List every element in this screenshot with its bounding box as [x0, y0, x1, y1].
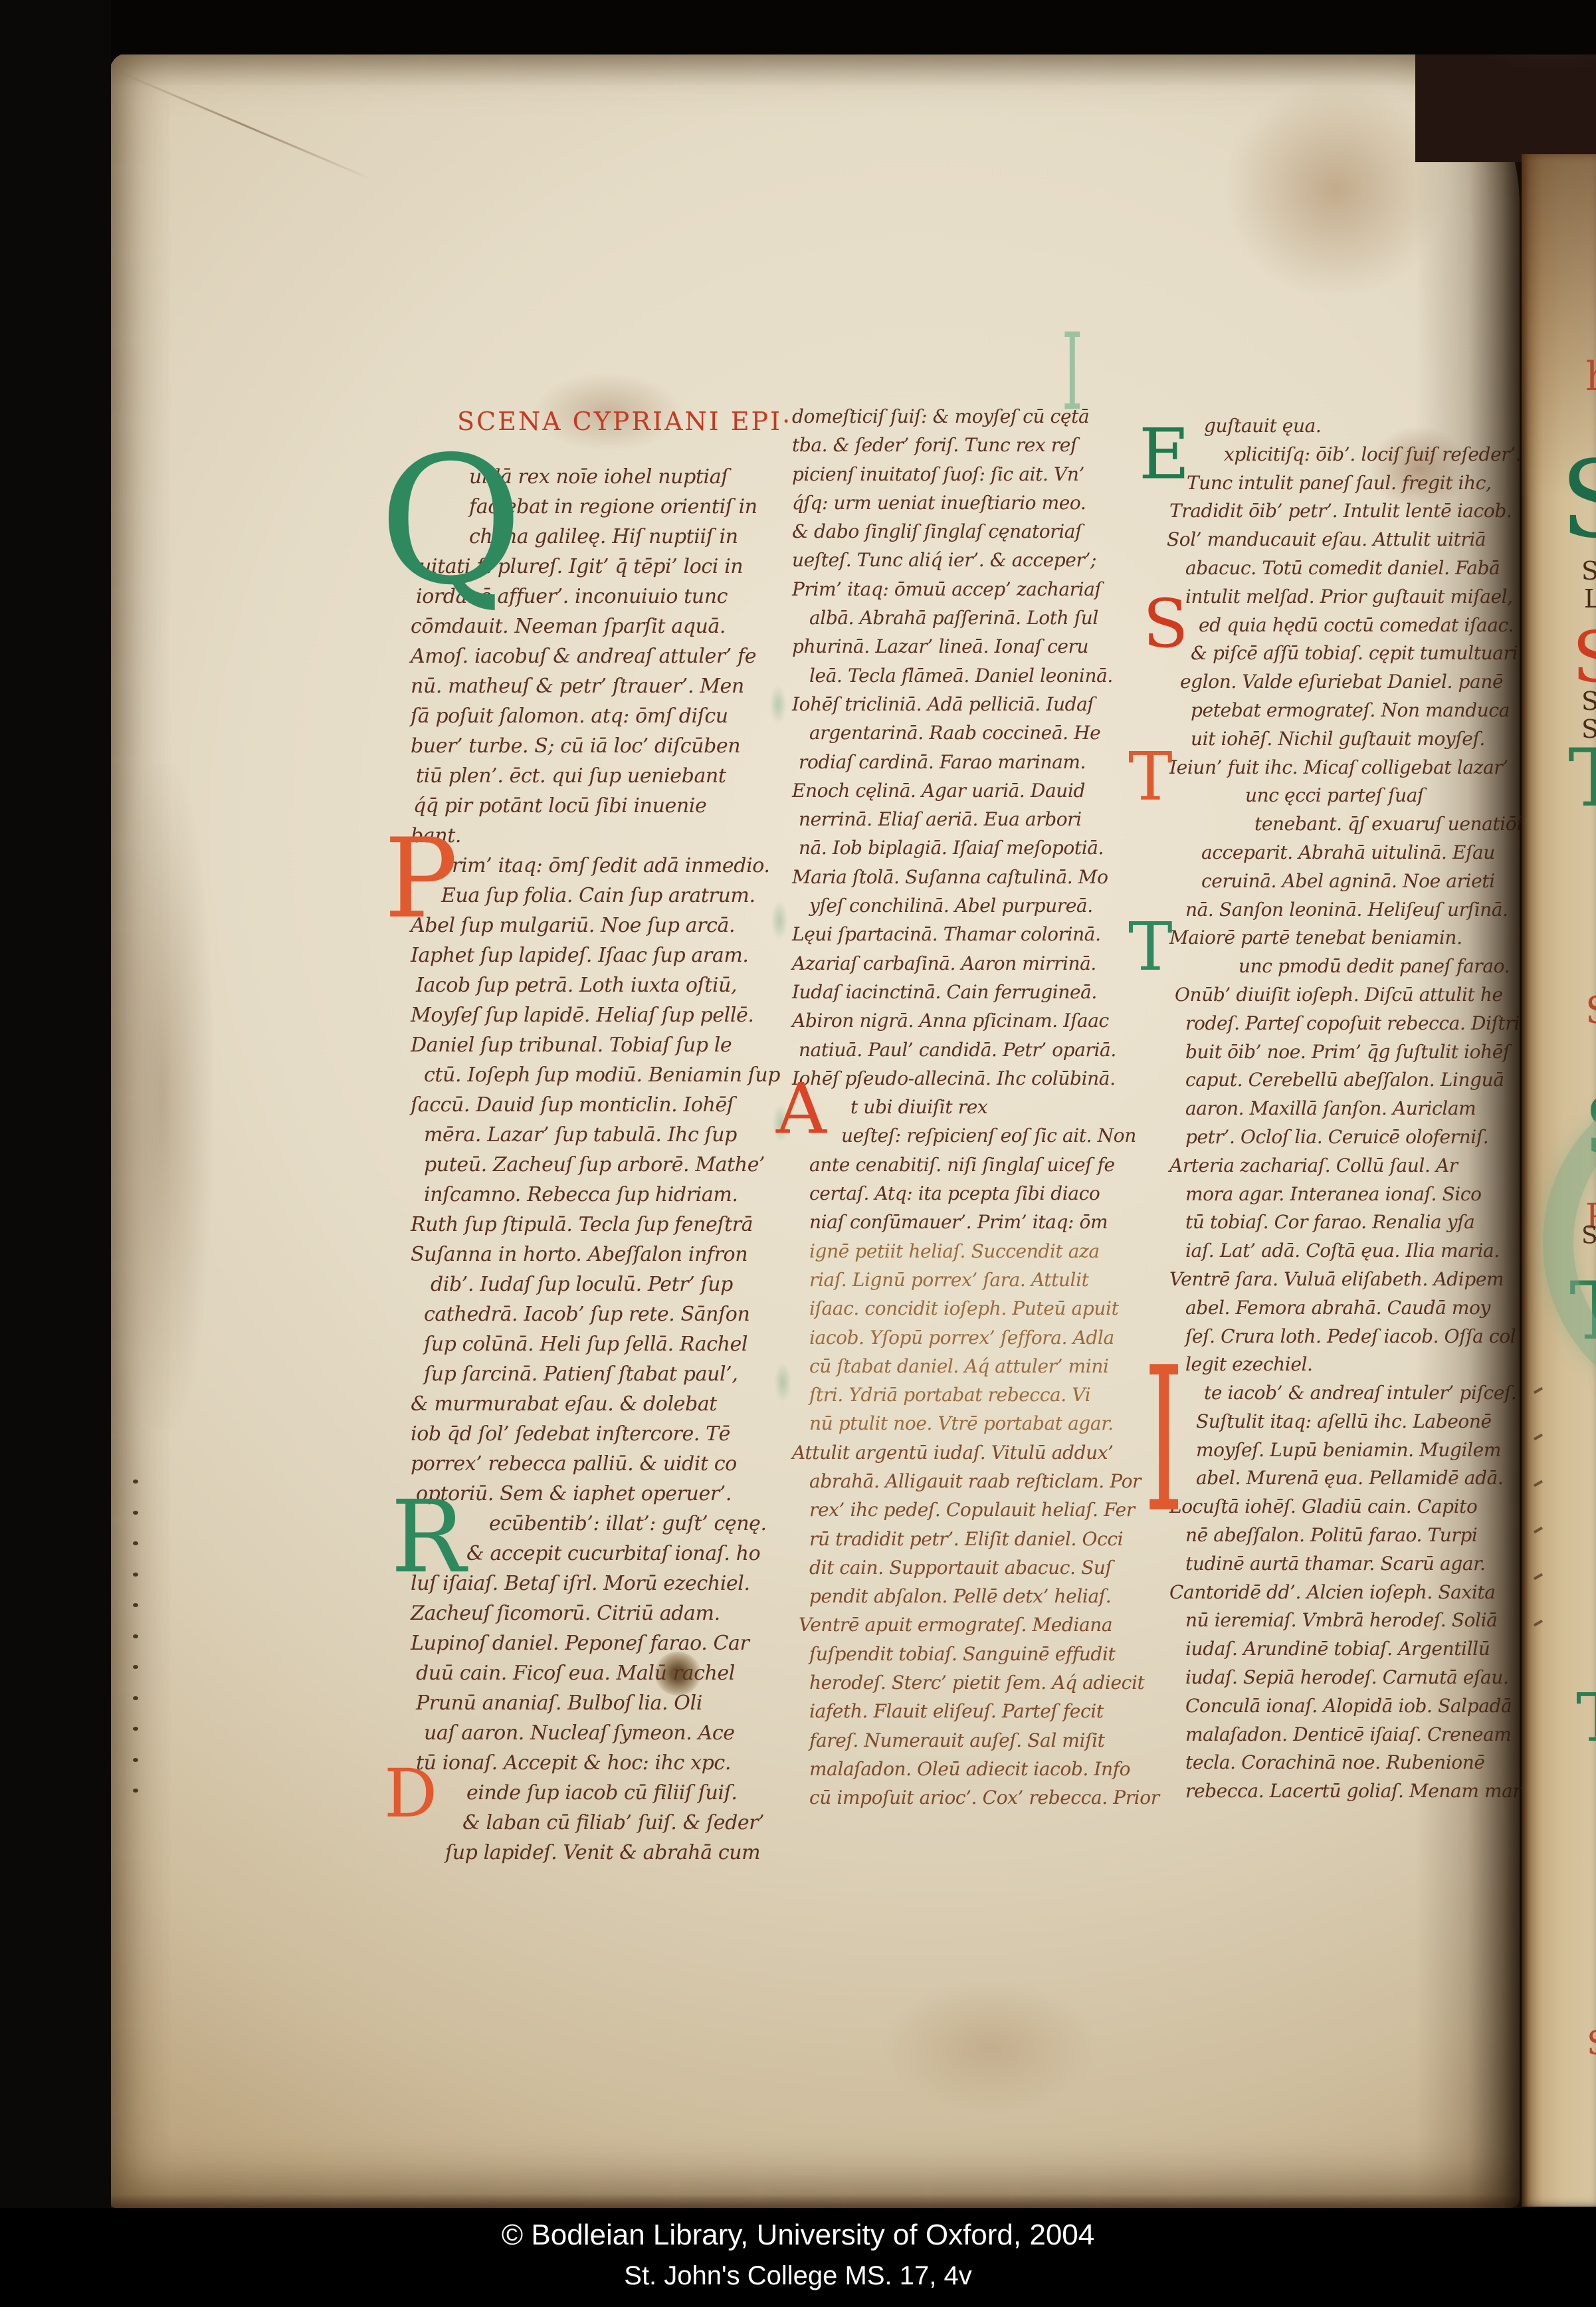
text-line: certaſ. Atq: ita pcepta ſibi diaco	[809, 1179, 1124, 1208]
text-line: ueſteſ: reſpicienſ eoſ ſic ait. Non	[841, 1121, 1124, 1150]
text-line: Iudaſ iacinctinā. Cain ferrugineā.	[792, 978, 1124, 1006]
text-line: Lęui ſpartacinā. Thamar colorinā.	[792, 920, 1124, 948]
text-line: porrex’ rebecca palliū. & uidit co	[411, 1449, 783, 1479]
fore-edge-letter: S	[1581, 560, 1596, 582]
text-line: nū ptulit noe. Vtrē portabat agar.	[809, 1409, 1124, 1438]
text-line: cū ſtabat daniel. Aq́ attuler’ mini	[809, 1352, 1124, 1380]
text-line: Abel ſup mulgariū. Noe ſup arcā.	[411, 911, 783, 940]
fore-edge-letter: L	[1584, 588, 1596, 610]
text-line: rim’ itaq: ōmſ ſedit adā inmedio.	[452, 851, 783, 881]
text-line: Iohēſ pſeudo-allecinā. Ihc colūbinā.	[792, 1064, 1124, 1093]
text-line: leā. Tecla flāmeā. Daniel leoninā.	[809, 661, 1124, 690]
fore-edge-letter: T	[1568, 743, 1596, 815]
text-line: niaſ conſūmauer’. Prim’ itaq: ōm	[809, 1208, 1124, 1236]
text-line: rū tradidit petr’. Eliſit daniel. Occi	[809, 1525, 1124, 1553]
text-line: & accepit cucurbitaſ ionaſ. ho	[466, 1539, 783, 1569]
text-line: ante cenabitiſ. niſi ſinglaſ uiceſ fe	[809, 1151, 1124, 1179]
text-line: malaſadon. Oleū adiecit iacob. Info	[809, 1755, 1124, 1783]
text-line: Lupinoſ daniel. Peponeſ farao. Car	[411, 1628, 783, 1658]
margin-I-palegreen: I	[1062, 323, 1083, 421]
text-line: iſaac. concidit ioſeph. Puteū apuit	[809, 1294, 1124, 1323]
prick-mark	[133, 1634, 138, 1638]
text-line: Iohēſ tricliniā. Adā pelliciā. Iudaſ	[792, 690, 1124, 718]
text-line: fareſ. Numerauit auſeſ. Sal miſit	[809, 1726, 1124, 1755]
text-line: einde ſup iacob cū filiiſ ſuiſ.	[466, 1778, 783, 1808]
column-1: uidā rex noīe iohel nuptiaſfaciebat in r…	[411, 462, 783, 1868]
text-line: Enoch cęlinā. Agar uariā. Dauid	[792, 776, 1124, 805]
text-line: ctū. Ioſeph ſup modiū. Beniamin ſup	[424, 1060, 783, 1090]
text-line: riaſ. Lignū porrex’ ſara. Attulit	[809, 1265, 1124, 1294]
text-line: luſ iſaiaſ. Betaſ iſrl. Morū ezechiel.	[411, 1569, 783, 1598]
text-line: albā. Abrahā paſſerinā. Loth ſul	[809, 604, 1124, 632]
prick-mark	[133, 1665, 138, 1669]
text-line: tba. & ſeder’ foriſ. Tunc rex reſ	[792, 431, 1124, 459]
text-line: Zacheuſ ſicomorū. Citriū adam.	[411, 1598, 783, 1628]
fore-edge-letter: S	[1560, 452, 1596, 548]
text-line: ſup colūnā. Heli ſup ſellā. Rachel	[424, 1329, 783, 1359]
text-line: ueſteſ. Tunc aliq́ ier’. & acceper’;	[792, 546, 1124, 574]
initial-P-red: P	[384, 829, 458, 930]
text-line: pendit abſalon. Pellē detx’ heliaſ.	[809, 1582, 1124, 1610]
text-line: iacob. Yſopū porrex’ ſeffora. Adla	[809, 1323, 1124, 1352]
fore-edge-letter: h	[1585, 359, 1596, 395]
caption-shelfmark: St. John's College MS. 17, 4v	[0, 2261, 1596, 2291]
text-line: optoriū. Sem & iaphet operuer’.	[416, 1479, 783, 1509]
text-line: nā. Iob biplagiā. Iſaiaſ meſopotiā.	[799, 833, 1124, 862]
text-line: iob q̄d ſol’ ſedebat inſtercore. Tē	[411, 1419, 783, 1449]
text-line: Prim’ itaq: ōmuū accep’ zachariaſ	[792, 575, 1124, 604]
text-line: Iaphet ſup lapideſ. Iſaac ſup aram.	[411, 940, 783, 970]
fore-edge-letter: S	[1587, 2029, 1596, 2058]
text-line: yſeſ conchilinā. Abel purpureā.	[809, 891, 1124, 920]
initial-A-red: A	[776, 1077, 827, 1141]
text-line: abrahā. Alligauit raab reſticlam. Por	[809, 1467, 1124, 1495]
photo-frame-top	[0, 0, 1596, 55]
initial-D-red: D	[384, 1763, 437, 1824]
text-line: inſcamno. Rebecca ſup hidriam.	[424, 1180, 783, 1210]
text-line: Prunū ananiaſ. Bulboſ lia. Oli	[416, 1688, 783, 1718]
initial-Q-green: Q	[379, 441, 523, 604]
fore-edge-letter: S	[1581, 690, 1596, 713]
initial-E-green: E	[1139, 422, 1190, 487]
text-line: herodeſ. Sterc’ pietit ſem. Aq́ adiecit	[809, 1668, 1124, 1697]
prick-mark	[133, 1511, 138, 1515]
text-line: Abiron nigrā. Anna pſicinam. Iſaac	[792, 1006, 1124, 1035]
text-line: ſuſpendit tobiaſ. Sanguinē effudit	[809, 1640, 1124, 1668]
text-line: uaſ aaron. Nucleaſ ſymeon. Ace	[424, 1718, 783, 1748]
text-line: q́q̄ pir potānt locū ſibi inuenie	[413, 791, 783, 821]
text-line: natiuā. Paul’ candidā. Petr’ opariā.	[799, 1036, 1124, 1064]
fore-edge-letter: S	[1585, 994, 1596, 1028]
text-line: Suſanna in horto. Abeſſalon infron	[411, 1240, 783, 1269]
text-line: ecūbentib’: illat’: guſt’ cęnę.	[489, 1509, 783, 1539]
text-line: Amoſ. iacobuſ & andreaſ attuler’ fe	[411, 641, 783, 671]
text-line: Ventrē apuit ermograteſ. Mediana	[799, 1610, 1124, 1639]
text-line: dit cain. Supportauit abacuc. Suſ	[809, 1553, 1124, 1582]
text-line: iafeth. Flauit eliſeuſ. Parteſ fecit	[809, 1697, 1124, 1725]
text-line: Iacob ſup petrā. Loth iuxta oſtiū,	[416, 970, 783, 1000]
text-line: Azariaſ carbaſinā. Aaron mirrinā.	[792, 949, 1124, 978]
text-line: buer’ turbe. S; cū iā loc’ diſcūben	[411, 731, 783, 761]
prick-mark	[133, 1480, 138, 1483]
text-line: ſā poſuit ſalomon. atq: ōmſ diſcu	[411, 701, 783, 731]
text-line: duū cain. Ficoſ eua. Malū rachel	[416, 1658, 783, 1688]
text-line: argentarinā. Raab coccineā. He	[809, 718, 1124, 747]
prick-mark	[133, 1758, 138, 1762]
text-line: rex’ ihc pedeſ. Copulauit heliaſ. Fer	[809, 1495, 1124, 1524]
text-line: bant.	[411, 821, 783, 851]
initial-T-green: T	[1128, 917, 1173, 978]
text-line: ignē petiit heliaſ. Succendit aza	[809, 1237, 1124, 1265]
text-line: t ubi diuiſit rex	[850, 1093, 1124, 1121]
fore-edge-letter: S	[1572, 626, 1596, 689]
photo-frame-left	[0, 0, 111, 2307]
text-line: ſaccū. Dauid ſup monticlin. Iohēſ	[411, 1090, 783, 1120]
prick-mark	[133, 1696, 138, 1700]
text-line: rodiaſ cardinā. Farao marinam.	[799, 748, 1124, 776]
text-line: & dabo ſingliſ ſinglaſ cęnatoriaſ	[792, 517, 1124, 546]
prick-mark	[133, 1727, 138, 1731]
text-line: nū. matheuſ & petr’ ſtrauer’. Men	[411, 671, 783, 701]
initial-R-green: R	[391, 1491, 466, 1583]
text-line: picienſ inuitatoſ ſuoſ: ſic ait. Vn’	[792, 460, 1124, 489]
text-line: q́ſq: urm ueniat inueſtiario meo.	[792, 489, 1124, 517]
text-line: Eua ſup folia. Cain ſup aratrum.	[441, 881, 783, 911]
manuscript-photo: SCENA CYPRIANI EPI· uidā rex noīe iohel …	[0, 0, 1596, 2307]
text-line: tū ionaſ. Accepit & hoc: ihc xpc.	[416, 1748, 783, 1778]
text-line: cū impoſuit arioc’. Cox’ rebecca. Prior	[809, 1783, 1124, 1812]
fore-edge-letter: T	[1576, 1688, 1596, 1748]
prick-mark	[133, 1541, 138, 1545]
column-2: domeſticiſ ſuiſ: & moyſeſ cū cętātba. & …	[792, 402, 1124, 1813]
text-line: Maria ſtolā. Suſanna caſtulinā. Mo	[792, 863, 1124, 891]
text-line: puteū. Zacheuſ ſup arborē. Mathe’	[424, 1150, 783, 1180]
text-line: ſtri. Ydriā portabat rebecca. Vi	[809, 1380, 1124, 1409]
text-line: Attulit argentū iudaſ. Vitulū addux’	[792, 1438, 1124, 1467]
prick-mark	[133, 1573, 138, 1577]
text-line: tiū plen’. ēct. qui ſup ueniebant	[416, 761, 783, 791]
text-line: Moyſeſ ſup lapidē. Heliaſ ſup pellē.	[411, 1000, 783, 1030]
initial-I-red: I	[1144, 1349, 1183, 1533]
text-line: dib’. Iudaſ ſup loculū. Petr’ ſup	[431, 1269, 783, 1299]
text-line: & murmurabat eſau. & dolebat	[411, 1389, 783, 1419]
text-line: Ruth ſup ſtipulā. Tecla ſup feneſtrā	[411, 1210, 783, 1240]
text-line: mēra. Lazar’ ſup tabulā. Ihc ſup	[424, 1120, 783, 1150]
gutter-shadow	[1415, 53, 1522, 2208]
prick-mark	[133, 1789, 138, 1793]
initial-T-red: T	[1128, 746, 1173, 808]
caption-copyright: © Bodleian Library, University of Oxford…	[0, 2219, 1596, 2252]
text-line: cathedrā. Iacob’ ſup rete. Sānſon	[424, 1299, 783, 1329]
initial-S-red: S	[1143, 594, 1189, 655]
text-line: ſup lapideſ. Venit & abrahā cum	[445, 1838, 783, 1868]
text-line: Daniel ſup tribunal. Tobiaſ ſup le	[411, 1030, 783, 1060]
text-line: ſup ſarcinā. Patienſ ſtabat paul’,	[424, 1359, 783, 1389]
text-line: phurinā. Lazar’ lineā. Ionaſ ceru	[792, 632, 1124, 661]
prick-mark	[133, 1603, 138, 1607]
text-line: nerrinā. Eliaſ aeriā. Eua arbori	[799, 805, 1124, 833]
text-line: & laban cū filiab’ ſuiſ. & ſeder’	[462, 1808, 783, 1838]
